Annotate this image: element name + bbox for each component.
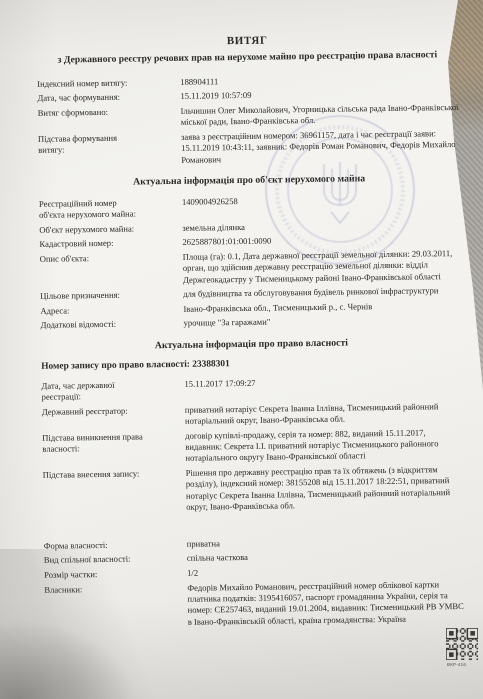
field-value: 1409004926258 xyxy=(182,193,460,220)
field-label: Адреса: xyxy=(40,304,183,317)
field-row: Підстава формування витягу: заява з реєс… xyxy=(38,128,459,168)
field-row: Реєстраційний номер об'єкта нерухомого м… xyxy=(39,193,460,222)
document-content: ВИТЯГ з Державного реєстру речових прав … xyxy=(0,0,483,699)
ownership-record-number: Номер запису про право власності: 233883… xyxy=(41,356,462,373)
field-label: Реєстраційний номер об'єкта нерухомого м… xyxy=(39,196,182,221)
field-label: Дата, час формування: xyxy=(37,91,180,104)
qr-code-icon xyxy=(446,628,478,660)
field-label: Підстава формування витягу: xyxy=(38,132,181,168)
field-value: Івано-Франківська обл., Тисменицький р.,… xyxy=(183,300,461,315)
field-value: 188904111 xyxy=(180,73,458,88)
field-value: Площа (га): 0.1, Дата державної реєстрац… xyxy=(183,248,461,286)
field-row: Додаткові відомості: урочище "За гаражам… xyxy=(41,314,462,331)
field-value: заява з реєстраційним номером: 36961157,… xyxy=(181,128,459,166)
field-value: приватний нотаріус Секрета Іванна Іллівн… xyxy=(185,401,463,428)
field-label: Індексний номер витягу: xyxy=(37,77,180,90)
field-row: Підстава внесення запису: Рішення про де… xyxy=(43,464,465,515)
field-row: Дата, час державної реєстрації: 15.11.20… xyxy=(41,375,462,404)
field-label: Вид спільної власності: xyxy=(44,553,187,566)
qr-code-label: ВКР-416 xyxy=(447,662,466,667)
field-label: Розмір частки: xyxy=(44,568,187,581)
field-value: договір купівлі-продажу, серія та номер:… xyxy=(185,427,463,465)
field-value: приватна xyxy=(187,535,465,550)
field-row: Підстава виникнення права власності: дог… xyxy=(42,427,463,467)
document-subtitle: з Державного реєстру речових прав на нер… xyxy=(37,49,458,66)
field-row: Витяг сформовано: Ільчишин Олег Миколайо… xyxy=(38,102,459,131)
field-row: Державний реєстратор: приватний нотаріус… xyxy=(42,401,463,430)
section-header-object: Актуальна інформація про об'єкт нерухомо… xyxy=(39,172,460,189)
field-label: Додаткові відомості: xyxy=(41,318,184,331)
field-value: Ільчишин Олег Миколайович, Угорницька сі… xyxy=(181,102,459,129)
field-value: для будівництва та обслуговування будіве… xyxy=(183,285,461,300)
field-label: Підстава внесення запису: xyxy=(43,468,187,516)
field-label: Дата, час державної реєстрації: xyxy=(41,378,184,403)
field-value: 15.11.2017 17:09:27 xyxy=(184,375,462,402)
field-value: Рішення про державну реєстрацію прав та … xyxy=(186,464,465,514)
field-value: спільна часткова xyxy=(187,549,465,564)
field-label: Підстава виникнення права власності: xyxy=(42,430,185,466)
field-label: Форма власності: xyxy=(44,539,187,552)
field-label: Власники: xyxy=(44,582,188,630)
field-label: Цільове призначення: xyxy=(40,289,183,302)
field-label: Опис об'єкта: xyxy=(40,252,183,288)
field-value: урочище "За гаражами" xyxy=(184,314,462,329)
photo-frame: ВИТЯГ з Державного реєстру речових прав … xyxy=(0,0,483,699)
field-label: Державний реєстратор: xyxy=(42,404,185,429)
field-value: 2625887801:01:001:0090 xyxy=(182,233,460,248)
field-value: 15.11.2019 10:57:09 xyxy=(180,87,458,102)
field-row: Власники: Федорів Михайло Романович, реє… xyxy=(44,579,466,630)
field-label: Витяг сформовано: xyxy=(38,106,181,131)
field-label: Об'єкт нерухомого майна: xyxy=(39,222,182,235)
field-value: земельна ділянка xyxy=(182,219,460,234)
field-row: Опис об'єкта: Площа (га): 0.1, Дата держ… xyxy=(40,248,461,288)
document-title: ВИТЯГ xyxy=(37,33,458,50)
section-header-ownership: Актуальна інформація про право власності xyxy=(41,336,462,353)
field-label: Кадастровий номер: xyxy=(39,237,182,250)
field-value: 1/2 xyxy=(187,564,465,579)
field-value: Федорів Михайло Романович, реєстраційний… xyxy=(187,579,466,629)
